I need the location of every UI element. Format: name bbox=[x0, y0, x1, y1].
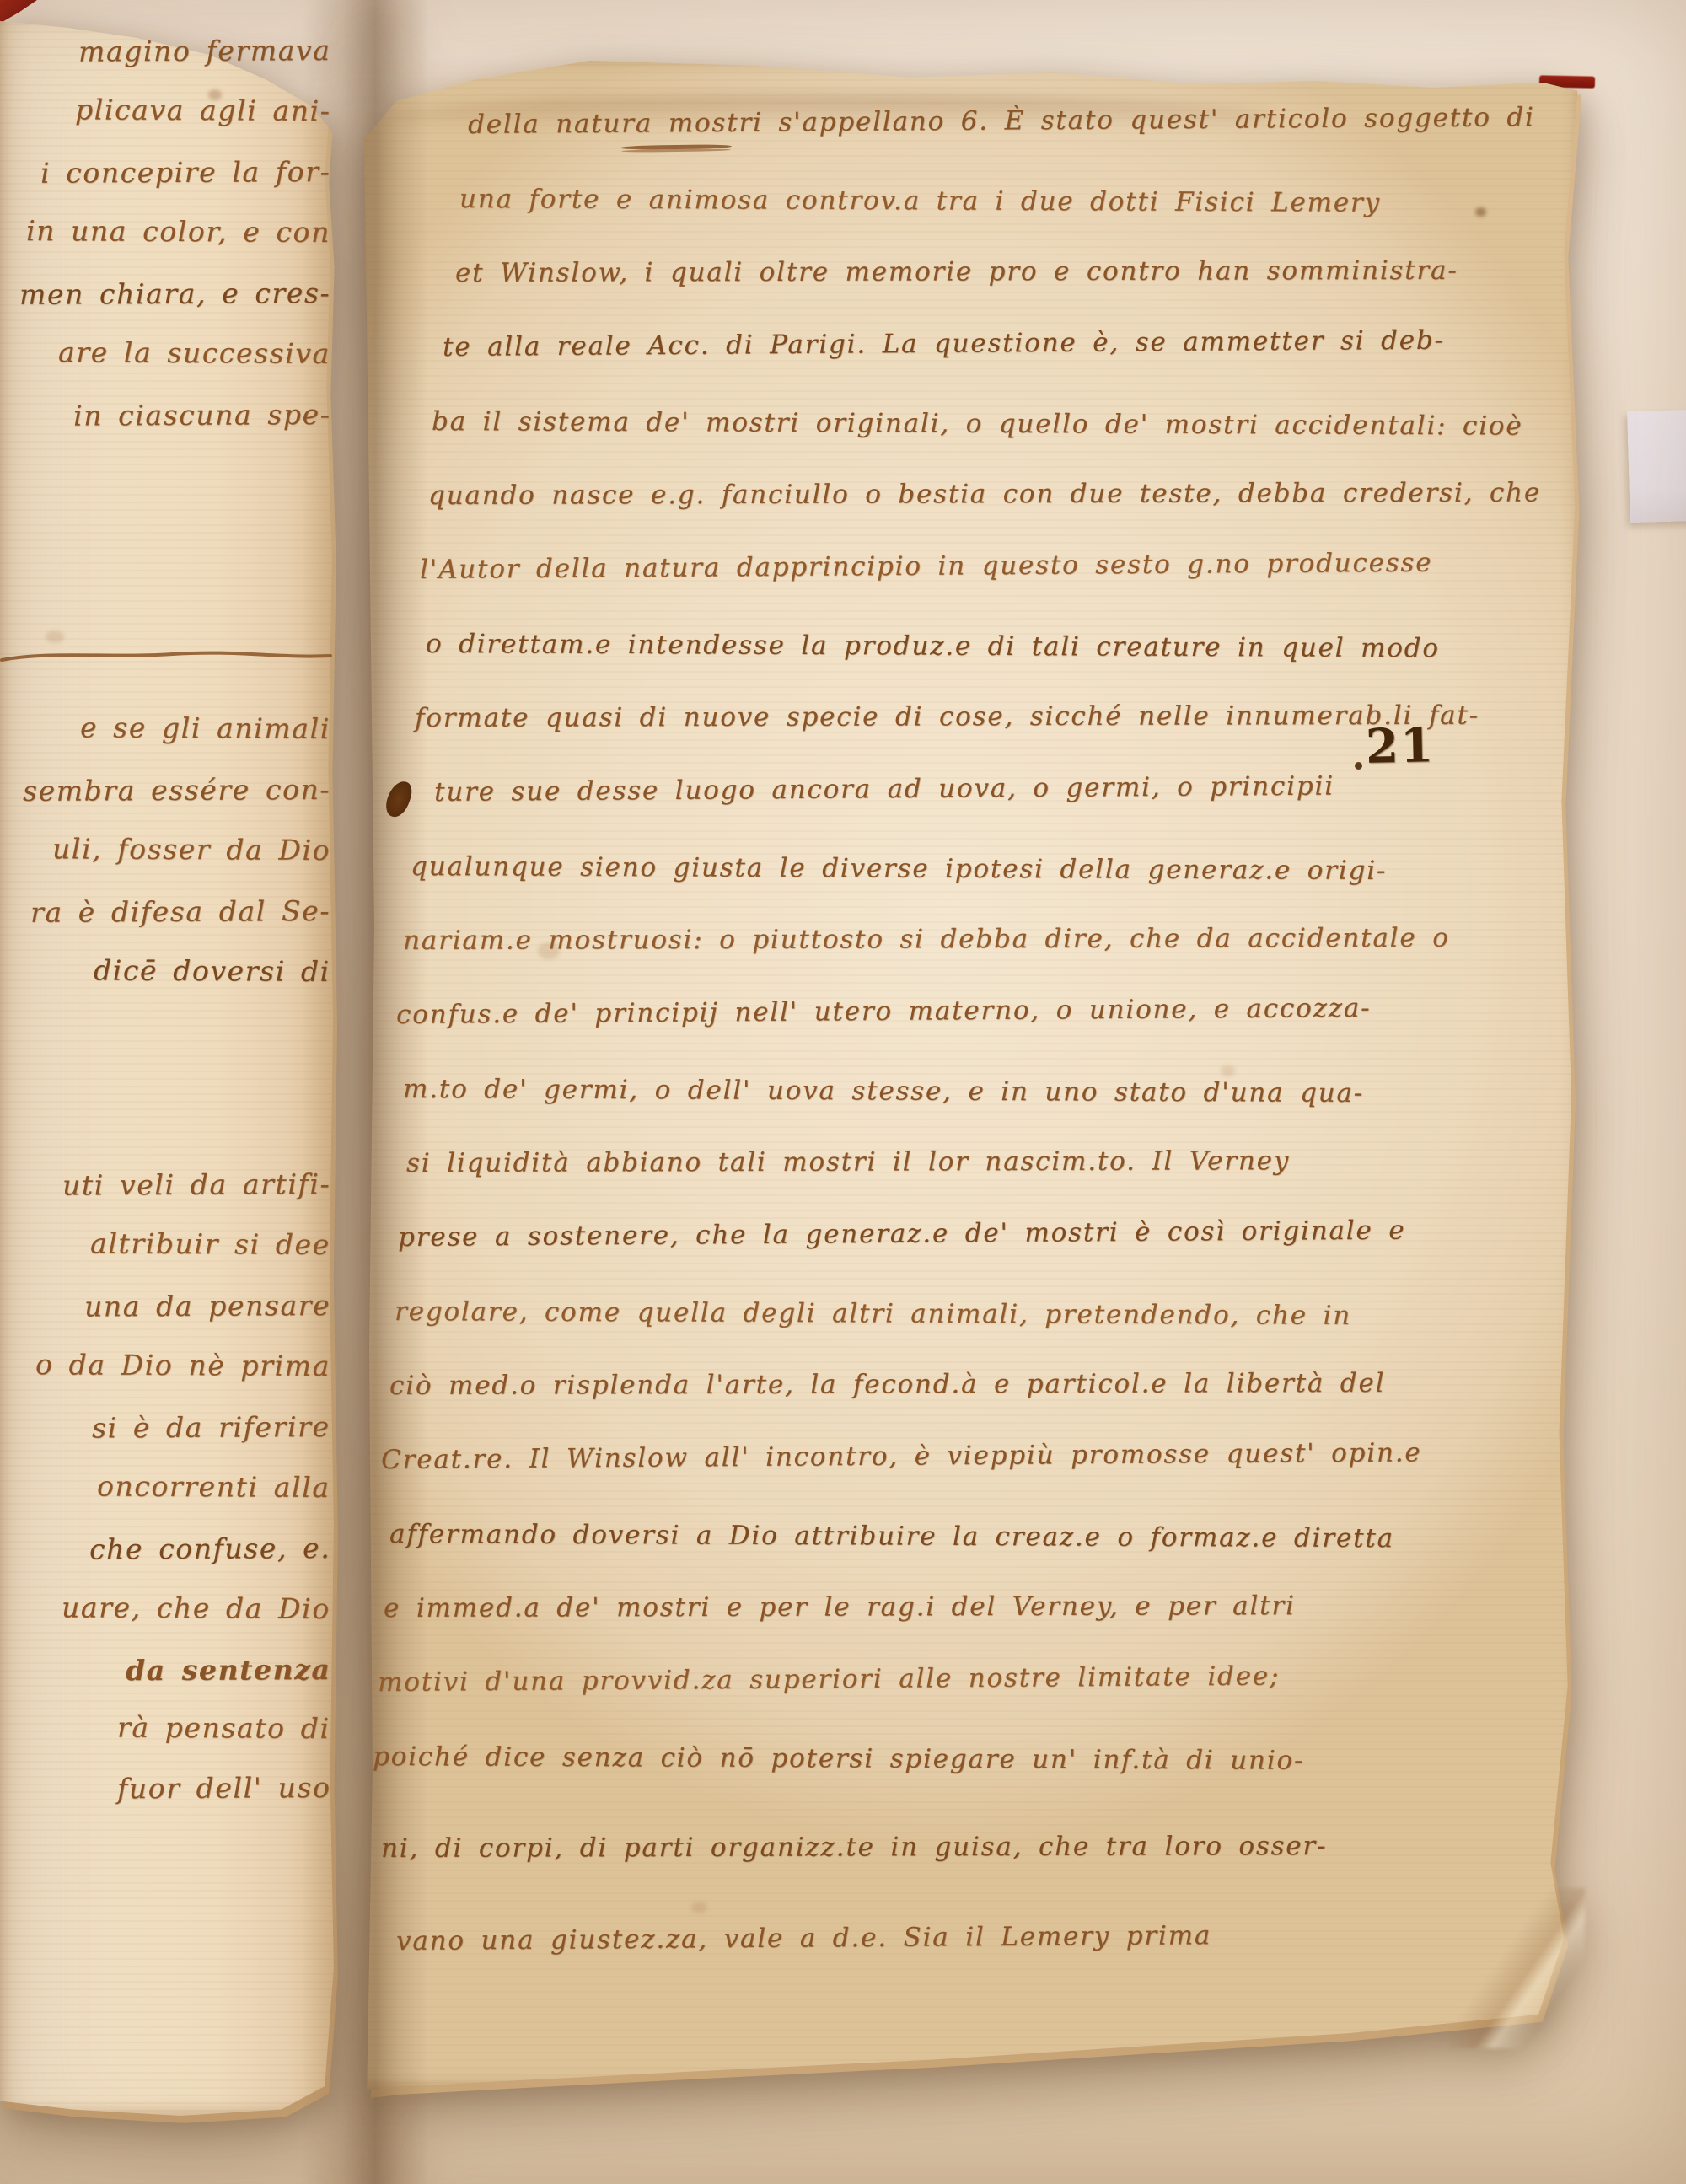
manuscript-line: in ciascuna spe- bbox=[72, 398, 330, 432]
manuscript-line: che confuse, e. bbox=[89, 1532, 330, 1565]
manuscript-line: si è da riferire bbox=[92, 1410, 330, 1444]
manuscript-line: motivi d'una provvid.za superiori alle n… bbox=[378, 1661, 1280, 1698]
manuscript-line: formate quasi di nuove specie di cose, s… bbox=[415, 700, 1479, 733]
manuscript-line: o direttam.e intendesse la produz.e di t… bbox=[426, 629, 1440, 663]
manuscript-line: ra è difesa dal Se- bbox=[30, 894, 330, 929]
right-page-text-column: 21 della natura mostri s'appellano 6. È … bbox=[361, 49, 1581, 2092]
manuscript-line: altribuir si dee bbox=[90, 1227, 330, 1261]
manuscript-line: uti veli da artifi- bbox=[62, 1167, 330, 1202]
manuscript-line: ciò med.o risplenda l'arte, la fecond.à … bbox=[389, 1368, 1385, 1401]
paper-stain bbox=[46, 631, 64, 643]
manuscript-line: m.to de' germi, o dell' uova stesse, e i… bbox=[403, 1074, 1364, 1108]
page-number: 21 bbox=[1365, 717, 1435, 775]
manuscript-line: ba il sistema de' mostri originali, o qu… bbox=[432, 406, 1523, 442]
manuscript-line: dicē doversi di bbox=[94, 954, 330, 988]
manuscript-line: nariam.e mostruosi: o piuttosto si debba… bbox=[403, 923, 1450, 956]
manuscript-line: da sentenza bbox=[125, 1653, 330, 1687]
manuscript-line: confus.e de' principij nell' utero mater… bbox=[396, 993, 1372, 1030]
manuscript-line: magino fermava bbox=[78, 34, 330, 68]
page-number-dot bbox=[1355, 762, 1362, 770]
manuscript-line: una da pensare bbox=[84, 1289, 330, 1323]
manuscript-line: in una color, e con bbox=[26, 214, 330, 249]
manuscript-line: are la successiva bbox=[58, 335, 330, 370]
manuscript-line: fuor dell' uso bbox=[117, 1771, 331, 1805]
manuscript-line: e se gli animali bbox=[80, 711, 330, 745]
manuscript-line: e immed.a de' mostri e per le rag.i del … bbox=[384, 1591, 1296, 1623]
ink-blot bbox=[383, 778, 415, 820]
handwritten-rule bbox=[0, 646, 334, 668]
paper-stain bbox=[1221, 1065, 1235, 1076]
manuscript-line: qualunque sieno giusta le diverse ipotes… bbox=[411, 851, 1387, 886]
manuscript-line: o da Dio nè prima bbox=[35, 1348, 330, 1382]
manuscript-line: men chiara, e cres- bbox=[19, 276, 330, 311]
manuscript-line: et Winslow, i quali oltre memorie pro e … bbox=[455, 255, 1458, 288]
open-manuscript-book: magino fermava plicava agli ani- i conce… bbox=[0, 0, 1686, 2184]
manuscript-line: si liquidità abbiano tali mostri il lor … bbox=[406, 1146, 1290, 1178]
manuscript-line: regolare, come quella degli altri animal… bbox=[395, 1296, 1351, 1331]
manuscript-line: plicava agli ani- bbox=[74, 93, 330, 127]
paper-stain bbox=[691, 1902, 707, 1913]
manuscript-line: sembra essére con- bbox=[23, 773, 330, 808]
manuscript-line: vano una giustez.za, vale a d.e. Sia il … bbox=[396, 1920, 1211, 1956]
manuscript-line: Creat.re. Il Winslow all' incontro, è vi… bbox=[381, 1437, 1422, 1475]
manuscript-line: prese a sostenere, che la generaz.e de' … bbox=[398, 1215, 1406, 1253]
paper-stain bbox=[1475, 207, 1486, 217]
left-page-text-column: magino fermava plicava agli ani- i conce… bbox=[0, 0, 336, 2184]
manuscript-line: i concepire la for- bbox=[40, 155, 330, 190]
manuscript-line: uli, fosser da Dio bbox=[52, 832, 330, 867]
manuscript-line: della natura mostri s'appellano 6. È sta… bbox=[468, 102, 1535, 140]
word-underline bbox=[620, 144, 732, 150]
manuscript-line: ture sue desse luogo ancora ad uova, o g… bbox=[434, 771, 1334, 808]
manuscript-line: ni, di corpi, di parti organizz.te in gu… bbox=[381, 1831, 1327, 1864]
manuscript-line: affermando doversi a Dio attribuire la c… bbox=[389, 1519, 1394, 1553]
manuscript-line: l'Autor della natura dapprincipio in que… bbox=[420, 548, 1433, 585]
manuscript-line: rà pensato di bbox=[117, 1711, 330, 1745]
manuscript-line: poiché dice senza ciò nō potersi spiegar… bbox=[373, 1741, 1304, 1776]
manuscript-line: oncorrenti alla bbox=[97, 1470, 330, 1504]
manuscript-line: una forte e animosa controv.a tra i due … bbox=[459, 184, 1381, 218]
manuscript-line: quando nasce e.g. fanciullo o bestia con… bbox=[428, 478, 1541, 511]
manuscript-line: te alla reale Acc. di Parigi. La questio… bbox=[443, 325, 1445, 362]
manuscript-line: uare, che da Dio bbox=[62, 1591, 330, 1625]
